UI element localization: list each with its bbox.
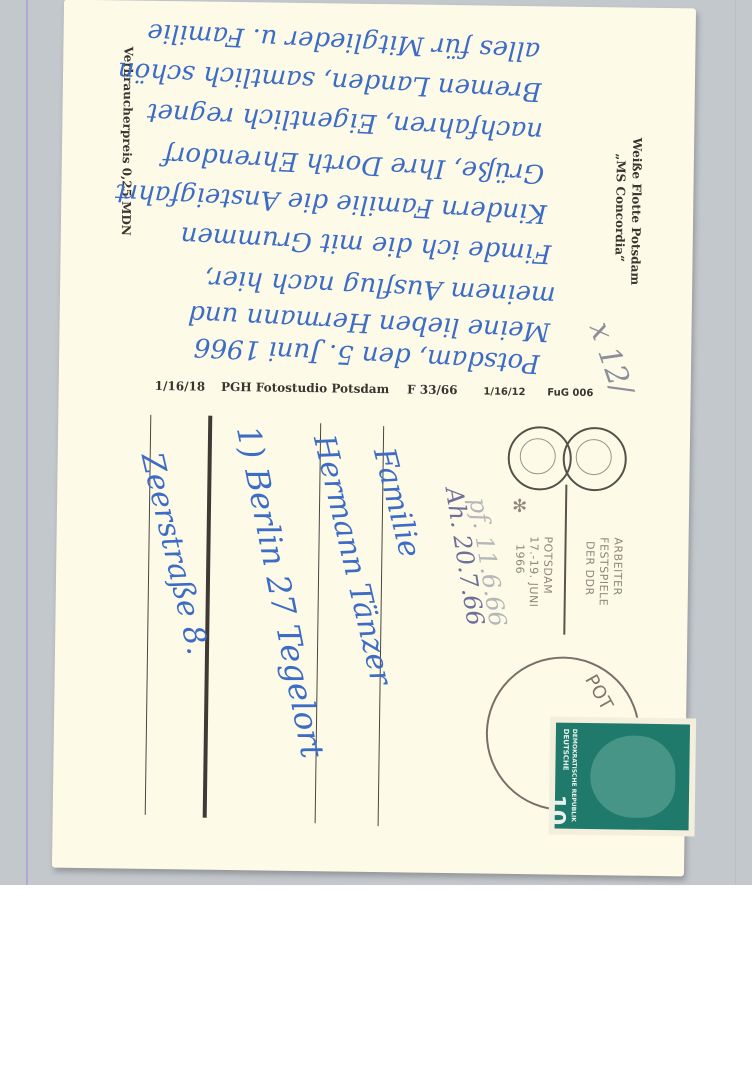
ship-name: „MS Concordia“: [612, 153, 628, 262]
stamp-country: DEMOKRATISCHE REPUBLIK: [570, 729, 578, 822]
postage-stamp: DEUTSCHE DEMOKRATISCHE REPUBLIK 10: [548, 716, 696, 836]
address-line-name: Familie: [366, 444, 427, 561]
scanner-artifact-line: [26, 0, 28, 885]
postcard: Weiße Flotte Potsdam „MS Concordia“ Verb…: [52, 0, 696, 876]
stamp-face: DEUTSCHE DEMOKRATISCHE REPUBLIK 10: [555, 723, 690, 831]
imprint-code-right: 1/16/12: [483, 387, 525, 399]
handwritten-line: Fimde ich die mit Grummen: [180, 220, 552, 268]
portrait-icon: [590, 735, 676, 818]
stamp-value: 10: [544, 794, 569, 825]
imprint-studio: PGH Fotostudio Potsdam: [221, 380, 389, 396]
imprint-number: F 33/66: [407, 382, 458, 397]
star-icon: ✻: [512, 496, 527, 517]
imprint-fug: FuG 006: [547, 387, 593, 399]
handwritten-line: Grüße, Ihre Dorth Ehrendorf: [163, 140, 545, 189]
cancel-slogan-line: 1966: [513, 544, 526, 574]
imprint-line: 1/16/18 PGH Fotostudio Potsdam F 33/66 1…: [155, 379, 594, 399]
imprint-code-left: 1/16/18: [155, 379, 206, 394]
cancel-slogan-line: DER DDR: [583, 541, 597, 596]
cancel-bar: [563, 485, 567, 635]
scanner-artifact-line: [735, 0, 736, 885]
publisher-title: Weiße Flotte Potsdam: [628, 138, 644, 286]
cancel-slogan-line: 17.-19. JUNI: [527, 536, 541, 607]
cancel-slogan-line: ARBEITER: [611, 537, 625, 595]
address-line-street: Zeerstraße 8.: [134, 449, 215, 658]
stamp-country: DEUTSCHE: [561, 729, 570, 771]
handwritten-line: nachfahren, Eigentlich regnet: [146, 97, 543, 146]
cancel-slogan-line: POTSDAM: [541, 536, 555, 594]
cancel-slogan-line: FESTSPIELE: [597, 537, 611, 606]
